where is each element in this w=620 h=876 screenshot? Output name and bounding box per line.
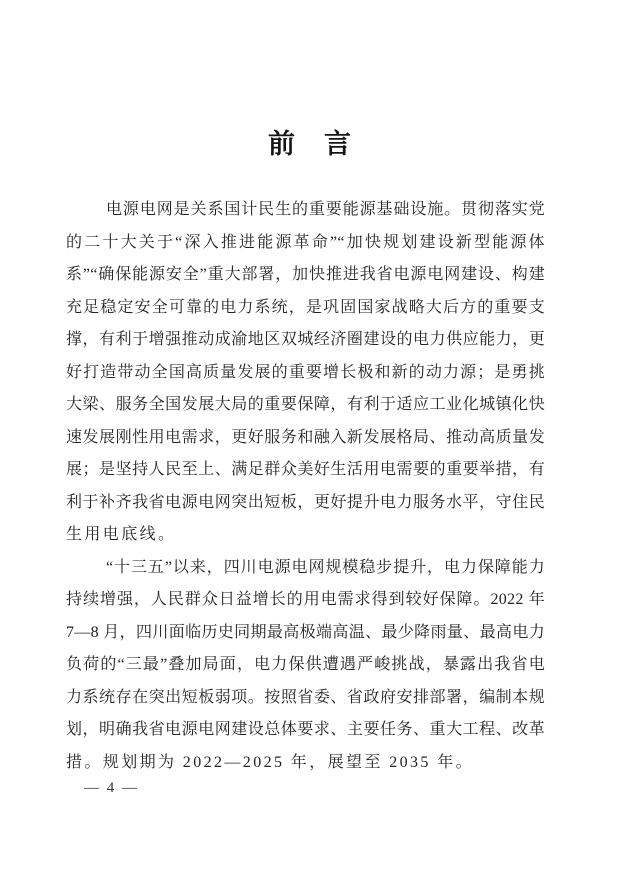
body-line: 生用电底线。: [66, 519, 545, 552]
body-line: 好打造带动全国高质量发展的重要增长极和新的动力源；是勇挑: [66, 357, 545, 390]
body-line: 系”“确保能源安全”重大部署，加快推进我省电源电网建设、构建: [66, 259, 545, 292]
body-line: 展；是坚持人民至上、满足群众美好生活用电需要的重要举措，有: [66, 454, 545, 487]
body-line: 充足稳定安全可靠的电力系统，是巩固国家战略大后方的重要支: [66, 292, 545, 325]
page-title: 前 言: [0, 122, 620, 161]
body-line: 利于补齐我省电源电网突出短板，更好提升电力服务水平，守住民: [66, 487, 545, 520]
body-line: 负荷的“三最”叠加局面，电力保供遭遇严峻挑战，暴露出我省电: [66, 649, 545, 682]
body-line: 的二十大关于“深入推进能源革命”“加快规划建设新型能源体: [66, 227, 545, 260]
document-page: 前 言 电源电网是关系国计民生的重要能源基础设施。贯彻落实党 的二十大关于“深入…: [0, 0, 620, 876]
body-line: 7—8 月，四川面临历史同期最高极端高温、最少降雨量、最高电力: [66, 617, 545, 650]
body-line: 撑，有利于增强推动成渝地区双城经济圈建设的电力供应能力，更: [66, 324, 545, 357]
body-line: 持续增强，人民群众日益增长的用电需求得到较好保障。2022 年: [66, 584, 545, 617]
body-line: 电源电网是关系国计民生的重要能源基础设施。贯彻落实党: [66, 194, 545, 227]
body-line: 力系统存在突出短板弱项。按照省委、省政府安排部署，编制本规: [66, 682, 545, 715]
body-line: 划，明确我省电源电网建设总体要求、主要任务、重大工程、改革举: [66, 714, 545, 747]
page-number: — 4 —: [84, 780, 139, 797]
body-line: 措。规划期为 2022—2025 年，展望至 2035 年。: [66, 747, 545, 780]
body-line: 大梁、服务全国发展大局的重要保障，有利于适应工业化城镇化快: [66, 389, 545, 422]
document-body: 电源电网是关系国计民生的重要能源基础设施。贯彻落实党 的二十大关于“深入推进能源…: [66, 194, 545, 779]
body-line: “十三五”以来，四川电源电网规模稳步提升，电力保障能力: [66, 552, 545, 585]
body-line: 速发展刚性用电需求，更好服务和融入新发展格局、推动高质量发: [66, 422, 545, 455]
paragraph-2: “十三五”以来，四川电源电网规模稳步提升，电力保障能力 持续增强，人民群众日益增…: [66, 552, 545, 780]
paragraph-1: 电源电网是关系国计民生的重要能源基础设施。贯彻落实党 的二十大关于“深入推进能源…: [66, 194, 545, 552]
